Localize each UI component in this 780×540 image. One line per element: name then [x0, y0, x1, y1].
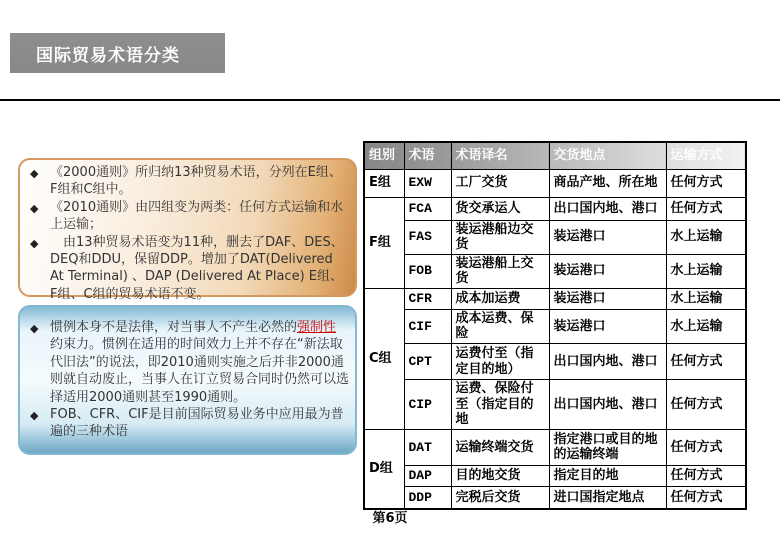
term-translation-cell: 运费付至（指定目的地）: [451, 344, 549, 380]
table-row: CIF 成本运费、保险 装运港口 水上运输: [364, 309, 746, 343]
delivery-place-cell: 出口国内地、港口: [549, 344, 666, 380]
table-header: 组别 术语 术语译名 交货地点 运输方式: [364, 142, 746, 169]
transport-mode-cell: 任何方式: [666, 465, 746, 486]
table-row: FAS 装运港船边交货 装运港口 水上运输: [364, 220, 746, 254]
rules-comparison-box: ◆ 《2000通则》所归纳13种贸易术语，分列在E组、F组和C组中。 ◆ 《20…: [18, 158, 357, 297]
column-header-mode: 运输方式: [666, 142, 746, 169]
diamond-bullet-icon: ◆: [30, 319, 50, 406]
delivery-place-cell: 指定目的地: [549, 465, 666, 486]
list-item: ◆ 由13种贸易术语变为11种，删去了DAF、DES、DEQ和DDU，保留DDP…: [30, 234, 349, 304]
term-translation-cell: 货交承运人: [451, 197, 549, 220]
term-translation-cell: 目的地交货: [451, 465, 549, 486]
term-code-cell: CFR: [404, 288, 451, 309]
delivery-place-cell: 装运港口: [549, 254, 666, 288]
bullet-text: FOB、CFR、CIF是目前国际贸易业务中应用最为普遍的三种术语: [50, 406, 349, 441]
bullet-text-post: 约束力。惯例在适用的时间效力上并不存在“新法取代旧法”的说法，即2010通则实施…: [50, 337, 349, 404]
transport-mode-cell: 任何方式: [666, 344, 746, 380]
slide-title-bar: 国际贸易术语分类: [10, 33, 225, 73]
transport-mode-cell: 任何方式: [666, 486, 746, 509]
column-header-term: 术语: [404, 142, 451, 169]
term-translation-cell: 装运港船边交货: [451, 220, 549, 254]
transport-mode-cell: 任何方式: [666, 380, 746, 430]
list-item: ◆ FOB、CFR、CIF是目前国际贸易业务中应用最为普遍的三种术语: [30, 406, 349, 441]
transport-mode-cell: 水上运输: [666, 309, 746, 343]
column-header-group: 组别: [364, 142, 404, 169]
column-header-place: 交货地点: [549, 142, 666, 169]
group-cell: C组: [364, 288, 404, 429]
term-code-cell: DAP: [404, 465, 451, 486]
delivery-place-cell: 装运港口: [549, 220, 666, 254]
diamond-bullet-icon: ◆: [30, 234, 50, 304]
delivery-place-cell: 商品产地、所在地: [549, 169, 666, 197]
term-translation-cell: 装运港船上交货: [451, 254, 549, 288]
term-translation-cell: 运输终端交货: [451, 429, 549, 465]
trade-terms-table: 组别 术语 术语译名 交货地点 运输方式 E组 EXW 工厂交货 商品产地、所在…: [363, 141, 747, 510]
group-cell: D组: [364, 429, 404, 509]
term-code-cell: FOB: [404, 254, 451, 288]
highlighted-term: 强制性: [297, 320, 336, 335]
term-translation-cell: 成本加运费: [451, 288, 549, 309]
customs-practice-box: ◆ 惯例本身不是法律，对当事人不产生必然的强制性约束力。惯例在适用的时间效力上并…: [18, 305, 357, 455]
page-title: 国际贸易术语分类: [36, 41, 180, 66]
transport-mode-cell: 任何方式: [666, 197, 746, 220]
transport-mode-cell: 任何方式: [666, 169, 746, 197]
title-divider-line: [0, 99, 780, 101]
term-code-cell: FAS: [404, 220, 451, 254]
term-code-cell: EXW: [404, 169, 451, 197]
transport-mode-cell: 水上运输: [666, 288, 746, 309]
transport-mode-cell: 水上运输: [666, 254, 746, 288]
term-translation-cell: 成本运费、保险: [451, 309, 549, 343]
delivery-place-cell: 进口国指定地点: [549, 486, 666, 509]
diamond-bullet-icon: ◆: [30, 164, 50, 199]
term-translation-cell: 运费、保险付至（指定目的地: [451, 380, 549, 430]
term-code-cell: DAT: [404, 429, 451, 465]
delivery-place-cell: 出口国内地、港口: [549, 380, 666, 430]
bullet-text: 由13种贸易术语变为11种，删去了DAF、DES、DEQ和DDU，保留DDP。增…: [50, 234, 349, 304]
delivery-place-cell: 指定港口或目的地的运输终端: [549, 429, 666, 465]
table-row: DDP 完税后交货 进口国指定地点 任何方式: [364, 486, 746, 509]
bullet-text: 惯例本身不是法律，对当事人不产生必然的强制性约束力。惯例在适用的时间效力上并不存…: [50, 319, 349, 406]
table-row: C组 CFR 成本加运费 装运港口 水上运输: [364, 288, 746, 309]
diamond-bullet-icon: ◆: [30, 406, 50, 441]
transport-mode-cell: 任何方式: [666, 429, 746, 465]
bullet-text-pre: 惯例本身不是法律，对当事人不产生必然的: [50, 320, 297, 335]
term-translation-cell: 完税后交货: [451, 486, 549, 509]
list-item: ◆ 《2010通则》由四组变为两类：任何方式运输和水上运输；: [30, 199, 349, 234]
list-item: ◆ 惯例本身不是法律，对当事人不产生必然的强制性约束力。惯例在适用的时间效力上并…: [30, 319, 349, 406]
table-row: CPT 运费付至（指定目的地） 出口国内地、港口 任何方式: [364, 344, 746, 380]
delivery-place-cell: 装运港口: [549, 288, 666, 309]
term-code-cell: CIF: [404, 309, 451, 343]
table-row: F组 FCA 货交承运人 出口国内地、港口 任何方式: [364, 197, 746, 220]
table-row: FOB 装运港船上交货 装运港口 水上运输: [364, 254, 746, 288]
delivery-place-cell: 装运港口: [549, 309, 666, 343]
diamond-bullet-icon: ◆: [30, 199, 50, 234]
column-header-translation: 术语译名: [451, 142, 549, 169]
table-header-row: 组别 术语 术语译名 交货地点 运输方式: [364, 142, 746, 169]
bullet-text: 《2000通则》所归纳13种贸易术语，分列在E组、F组和C组中。: [50, 164, 349, 199]
page-number: 第6页: [0, 507, 780, 526]
bullet-text: 《2010通则》由四组变为两类：任何方式运输和水上运输；: [50, 199, 349, 234]
table-row: CIP 运费、保险付至（指定目的地 出口国内地、港口 任何方式: [364, 380, 746, 430]
transport-mode-cell: 水上运输: [666, 220, 746, 254]
term-code-cell: DDP: [404, 486, 451, 509]
term-translation-cell: 工厂交货: [451, 169, 549, 197]
term-code-cell: CIP: [404, 380, 451, 430]
term-code-cell: FCA: [404, 197, 451, 220]
table-row: E组 EXW 工厂交货 商品产地、所在地 任何方式: [364, 169, 746, 197]
table-row: DAP 目的地交货 指定目的地 任何方式: [364, 465, 746, 486]
term-code-cell: CPT: [404, 344, 451, 380]
group-cell: F组: [364, 197, 404, 288]
delivery-place-cell: 出口国内地、港口: [549, 197, 666, 220]
list-item: ◆ 《2000通则》所归纳13种贸易术语，分列在E组、F组和C组中。: [30, 164, 349, 199]
table-row: D组 DAT 运输终端交货 指定港口或目的地的运输终端 任何方式: [364, 429, 746, 465]
group-cell: E组: [364, 169, 404, 197]
